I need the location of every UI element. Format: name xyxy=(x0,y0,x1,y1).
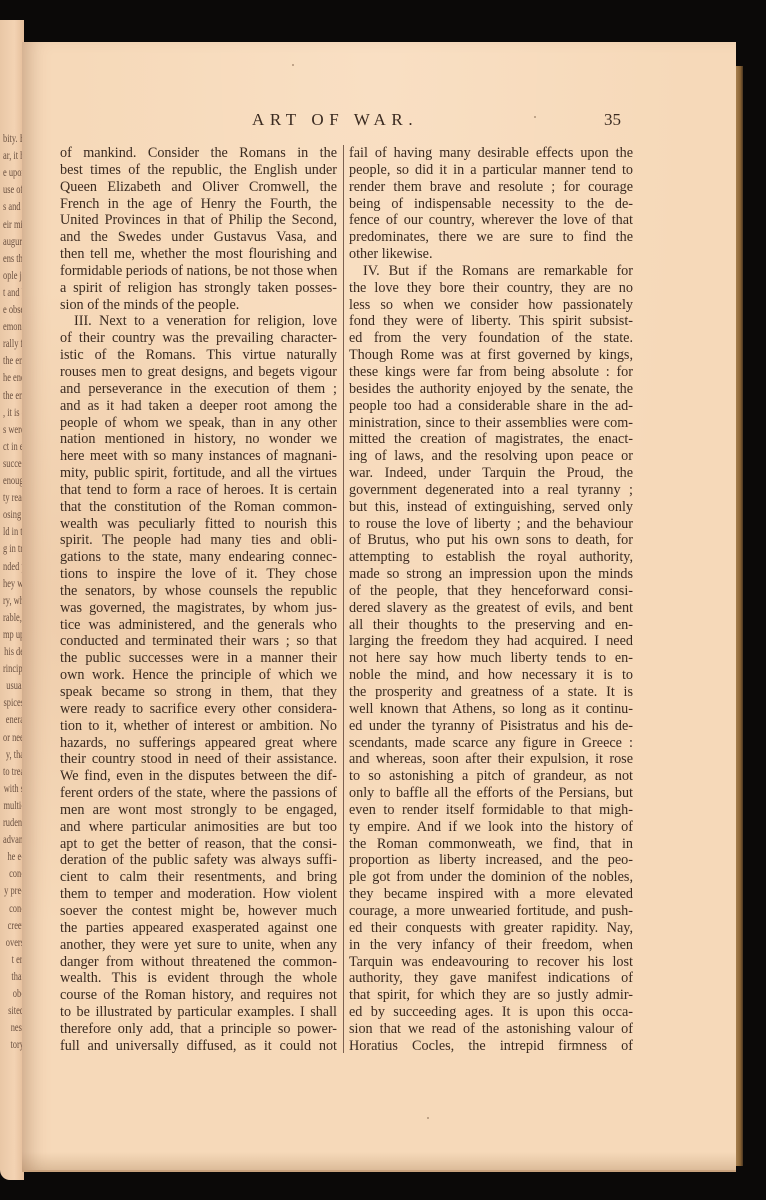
text-line: ty empire. And if we look into the histo… xyxy=(349,819,633,836)
text-line: fond they were of liberty. This spirit s… xyxy=(349,313,633,330)
text-line: istic of the Romans. This virtue natural… xyxy=(60,347,337,364)
text-line: them to temper and moderation. How viole… xyxy=(60,886,337,903)
text-line: formidable periods of nations, be not th… xyxy=(60,263,337,280)
previous-page-text-fragment: mp upo xyxy=(3,626,24,643)
previous-page-text-fragment: g in tru xyxy=(3,540,24,557)
text-line: Horatius Cocles, the intrepid firmness o… xyxy=(349,1038,633,1055)
previous-page-text-fragment: he e- xyxy=(3,848,24,865)
text-line: they became inspired with a more elevate… xyxy=(349,886,633,903)
text-line: sion of the minds of the people. xyxy=(60,297,337,314)
previous-page-text-fragment: ct in ea xyxy=(3,438,24,455)
text-line: the public successes were in a manner th… xyxy=(60,650,337,667)
text-line: hazards, no sufferings appeared great wh… xyxy=(60,735,337,752)
foxing-speck xyxy=(427,1117,429,1119)
previous-page-text-fragment: the enem xyxy=(3,387,24,404)
text-line: apt to get the better of reason, that th… xyxy=(60,836,337,853)
text-line: their country stood in need of their ass… xyxy=(60,751,337,768)
text-line: French in the age of Henry the Fourth, t… xyxy=(60,196,337,213)
text-line: proportion as liberty increased, and the… xyxy=(349,852,633,869)
previous-page-text-fragment: nded pr xyxy=(3,558,24,575)
page-bottom-edge xyxy=(22,1152,736,1172)
text-line: and where particular animosities are but… xyxy=(60,819,337,836)
text-line: Tarquin was endeavouring to recover his … xyxy=(349,954,633,971)
text-line: spirit. The people had many ties and obl… xyxy=(60,532,337,549)
text-line: cient to calm their resentments, and bri… xyxy=(60,869,337,886)
text-line: United Provinces in that of Philip the S… xyxy=(60,212,337,229)
previous-page-text-fragment: to trea xyxy=(3,763,24,780)
previous-page-text-fragment: y, tha xyxy=(3,746,24,763)
previous-page-text-fragment: y pre- xyxy=(3,882,24,899)
previous-page-text-fragment: advan- xyxy=(3,831,24,848)
previous-page-text-fragment: con- xyxy=(3,865,24,882)
text-line: tion to it, whether of interest or ambit… xyxy=(60,718,337,735)
previous-page-text-fragment: creet xyxy=(3,917,24,934)
text-line: that tend to form a race of heroes. It i… xyxy=(60,482,337,499)
previous-page-text-fragment: succeede xyxy=(3,455,24,472)
text-line: other likewise. xyxy=(349,246,633,263)
previous-page-text-fragment: ens that t xyxy=(3,250,24,267)
text-line: dered slavery as the greatest of evils, … xyxy=(349,600,633,617)
foxing-speck xyxy=(292,64,294,66)
text-line: of the people, that they henceforward co… xyxy=(349,583,633,600)
previous-page-text-fragment: hey wer xyxy=(3,575,24,592)
previous-page-text-fragment: ople judg xyxy=(3,267,24,284)
text-line: mitted the creation of magistrates, the … xyxy=(349,431,633,448)
left-text-column: of mankind. Consider the Romans in thebe… xyxy=(60,145,337,1055)
text-line: another, they were yet sure to unite, wh… xyxy=(60,937,337,954)
previous-page-text-fragment: tory xyxy=(3,1036,24,1053)
text-line: of Brutus, who put his own sons to death… xyxy=(349,532,633,549)
previous-page-text-fragment: enera xyxy=(3,711,24,728)
text-line: IV. But if the Romans are remarkable for xyxy=(349,263,633,280)
previous-page-text-fragment: usual xyxy=(3,677,24,694)
previous-page-text-fragment: use of win xyxy=(3,181,24,198)
text-line: course of the Roman history, and require… xyxy=(60,987,337,1004)
text-line: people too had a considerable share in t… xyxy=(349,398,633,415)
text-line: besides the authority enjoyed by the sen… xyxy=(349,381,633,398)
text-line: predominates, there we are sure to find … xyxy=(349,229,633,246)
text-line: gations to the state, many endearing con… xyxy=(60,549,337,566)
text-line: courage, a more unwearied fortitude, and… xyxy=(349,903,633,920)
text-line: and the Swedes under Gustavus Vasa, and xyxy=(60,229,337,246)
previous-page-text-fragment: rudent xyxy=(3,814,24,831)
previous-page-text-fragment: rable, i xyxy=(3,609,24,626)
text-line: ministration, since to their assemblies … xyxy=(349,415,633,432)
running-head: ART OF WAR. 35 xyxy=(22,110,736,132)
text-line: noble the mind, and how necessary it is … xyxy=(349,667,633,684)
previous-page-text-fragment: t en xyxy=(3,951,24,968)
text-line: danger from without threatened the commo… xyxy=(60,954,337,971)
previous-page-text-fragment: emonies o xyxy=(3,318,24,335)
text-line: ed from the very foundation of the state… xyxy=(349,330,633,347)
foxing-speck xyxy=(534,116,536,118)
previous-page-text-fragment: that xyxy=(3,968,24,985)
previous-page-text-fragment: ry, when xyxy=(3,592,24,609)
text-line: and perseverance in the execution of the… xyxy=(60,381,337,398)
text-line: of mankind. Consider the Romans in the xyxy=(60,145,337,162)
previous-page-text-fragment: he enemy xyxy=(3,369,24,386)
text-line: all their thoughts to the preserving and… xyxy=(349,617,633,634)
text-line: render them brave and resolute ; for cou… xyxy=(349,179,633,196)
previous-page-text-fragment: sited xyxy=(3,1002,24,1019)
text-line: own work. Hence the principle of which w… xyxy=(60,667,337,684)
text-line: being of indispensable necessity to the … xyxy=(349,196,633,213)
text-line: the parties appeared exasperated against… xyxy=(60,920,337,937)
text-line: that the constitution of the Roman commo… xyxy=(60,499,337,516)
text-line: even to render itself formidable to that… xyxy=(349,802,633,819)
text-line: less so when we consider how passionatel… xyxy=(349,297,633,314)
previous-page-text-fragment: ob- xyxy=(3,985,24,1002)
text-line: Queen Elizabeth and Oliver Cromwell, the xyxy=(60,179,337,196)
text-line: soever the contest might be, however muc… xyxy=(60,903,337,920)
previous-page-text-fragment: or need xyxy=(3,729,24,746)
previous-page-text-fragment: overs xyxy=(3,934,24,951)
text-line: ferent orders of the state, where the pa… xyxy=(60,785,337,802)
text-line: were ready to sacrifice every other cons… xyxy=(60,701,337,718)
text-line: sion that we read of the astonishing val… xyxy=(349,1021,633,1038)
previous-page-text-fragment: ty real a xyxy=(3,489,24,506)
text-line: authority, they gave manifest indication… xyxy=(349,970,633,987)
previous-page-text-fragment: bity. Ba xyxy=(3,130,24,147)
text-line: therefore only add, that a principle so … xyxy=(60,1021,337,1038)
text-line: to be illustrated by particular examples… xyxy=(60,1004,337,1021)
text-line: wealth was peculiarly fitted to nourish … xyxy=(60,516,337,533)
previous-page-text-fragment: his de xyxy=(3,643,24,660)
previous-page-text-fragment: osing th xyxy=(3,506,24,523)
text-line: well known that Athens, so long as it co… xyxy=(349,701,633,718)
text-line: people, so did it in a particular manner… xyxy=(349,162,633,179)
previous-page-text-fragment: e observa xyxy=(3,301,24,318)
text-line: speak became so strong in them, that the… xyxy=(60,684,337,701)
text-line: these kings were far from being absolute… xyxy=(349,364,633,381)
text-line: here meet with so many instances of magn… xyxy=(60,448,337,465)
previous-page-text-fragment: rincipl xyxy=(3,660,24,677)
column-rule xyxy=(343,145,344,1053)
page-number: 35 xyxy=(604,110,621,130)
text-line: men are wont most strongly to be engaged… xyxy=(60,802,337,819)
previous-page-text-fragment: , it is e xyxy=(3,404,24,421)
text-line: not here say how much liberty tends to e… xyxy=(349,650,633,667)
previous-page-text-fragment: spices xyxy=(3,694,24,711)
text-line: and whereas, soon after their expulsion,… xyxy=(349,751,633,768)
text-line: scendants, made scarce any figure in Gre… xyxy=(349,735,633,752)
text-line: We find, even in the disputes between th… xyxy=(60,768,337,785)
text-line: people of whom we speak, than in any oth… xyxy=(60,415,337,432)
text-line: best times of the republic, the English … xyxy=(60,162,337,179)
previous-page-text-fragment: eir militar xyxy=(3,216,24,233)
previous-page-text-fragment: enough t xyxy=(3,472,24,489)
previous-page-text-fragment: rally find xyxy=(3,335,24,352)
text-line: nation mentioned in history, no wonder w… xyxy=(60,431,337,448)
text-line: the Roman commonweath, we find, that in xyxy=(349,836,633,853)
text-line: tions to inspire the love of it. They ch… xyxy=(60,566,337,583)
running-head-title: ART OF WAR. xyxy=(252,110,418,130)
previous-page-text-fragment: s and dis xyxy=(3,198,24,215)
text-line: tice was administered, and the generals … xyxy=(60,617,337,634)
text-line: deration of the public safety was always… xyxy=(60,852,337,869)
text-line: Though Rome was at first governed by kin… xyxy=(349,347,633,364)
text-line: ed their conquests with greater rapidity… xyxy=(349,920,633,937)
text-line: the senators, by whose counsels the repu… xyxy=(60,583,337,600)
book-page: ART OF WAR. 35 of mankind. Consider the … xyxy=(22,42,736,1172)
text-line: that spirit, for which they are so justl… xyxy=(349,987,633,1004)
text-line: fence of our country, wherever the love … xyxy=(349,212,633,229)
text-line: rouses men to great designs, and begets … xyxy=(60,364,337,381)
text-line: to rouse the love of liberty ; and the b… xyxy=(349,516,633,533)
text-line: the prosperity and greatness of a state.… xyxy=(349,684,633,701)
previous-page-text-fragment: s were n xyxy=(3,421,24,438)
text-line: and as it had taken a deeper root among … xyxy=(60,398,337,415)
text-line: ed by succeeding ages. It is upon this o… xyxy=(349,1004,633,1021)
text-line: attempting to establish the royal author… xyxy=(349,549,633,566)
text-line: but this, instead of extinguishing, serv… xyxy=(349,499,633,516)
text-line: ple got from under the dominion of the n… xyxy=(349,869,633,886)
text-line: larging the freedom they had acquired. I… xyxy=(349,633,633,650)
text-line: was governed, the magistrates, by whom j… xyxy=(60,600,337,617)
text-line: fail of having many desirable effects up… xyxy=(349,145,633,162)
previous-page-text-fragment: t and bes xyxy=(3,284,24,301)
text-line: ing of laws, and the resolving upon peac… xyxy=(349,448,633,465)
text-line: then tell me, whether the most flourishi… xyxy=(60,246,337,263)
text-line: only to baffle all the efforts of the Pe… xyxy=(349,785,633,802)
previous-page-text-fragment: with s xyxy=(3,780,24,797)
text-line: of their country was the prevailing char… xyxy=(60,330,337,347)
previous-page-text-fragment: multi- xyxy=(3,797,24,814)
previous-page-text-fragment: ld in th xyxy=(3,523,24,540)
previous-page-text-fragment: auguries a xyxy=(3,233,24,250)
text-line: war. Indeed, under Tarquin the Proud, th… xyxy=(349,465,633,482)
text-line: government degenerated into a real tyran… xyxy=(349,482,633,499)
previous-page-text-fragment: nes, xyxy=(3,1019,24,1036)
text-line: in the very infancy of their freedom, wh… xyxy=(349,937,633,954)
text-line: full and universally diffused, as it cou… xyxy=(60,1038,337,1055)
previous-page-text-fragment: ar, it had xyxy=(3,147,24,164)
text-line: to so astonishing a pitch of grandeur, a… xyxy=(349,768,633,785)
text-line: III. Next to a veneration for religion, … xyxy=(60,313,337,330)
text-line: conducted and terminated their wars ; so… xyxy=(60,633,337,650)
text-line: wealth. This is evident through the whol… xyxy=(60,970,337,987)
text-line: the love they bore their country, they a… xyxy=(349,280,633,297)
text-line: ed under the tyranny of Pisistratus and … xyxy=(349,718,633,735)
text-line: a spirit of religion has strongly taken … xyxy=(60,280,337,297)
text-line: made so strong an impression upon the mi… xyxy=(349,566,633,583)
right-text-column: fail of having many desirable effects up… xyxy=(349,145,633,1055)
previous-page-text-fragment: the enem xyxy=(3,352,24,369)
previous-page-edge: bity. Baar, it hade upon theuse of wins … xyxy=(0,20,24,1180)
previous-page-text-fragment: con- xyxy=(3,900,24,917)
previous-page-text-fragment: e upon the xyxy=(3,164,24,181)
text-line: mity, public spirit, fortitude, and all … xyxy=(60,465,337,482)
